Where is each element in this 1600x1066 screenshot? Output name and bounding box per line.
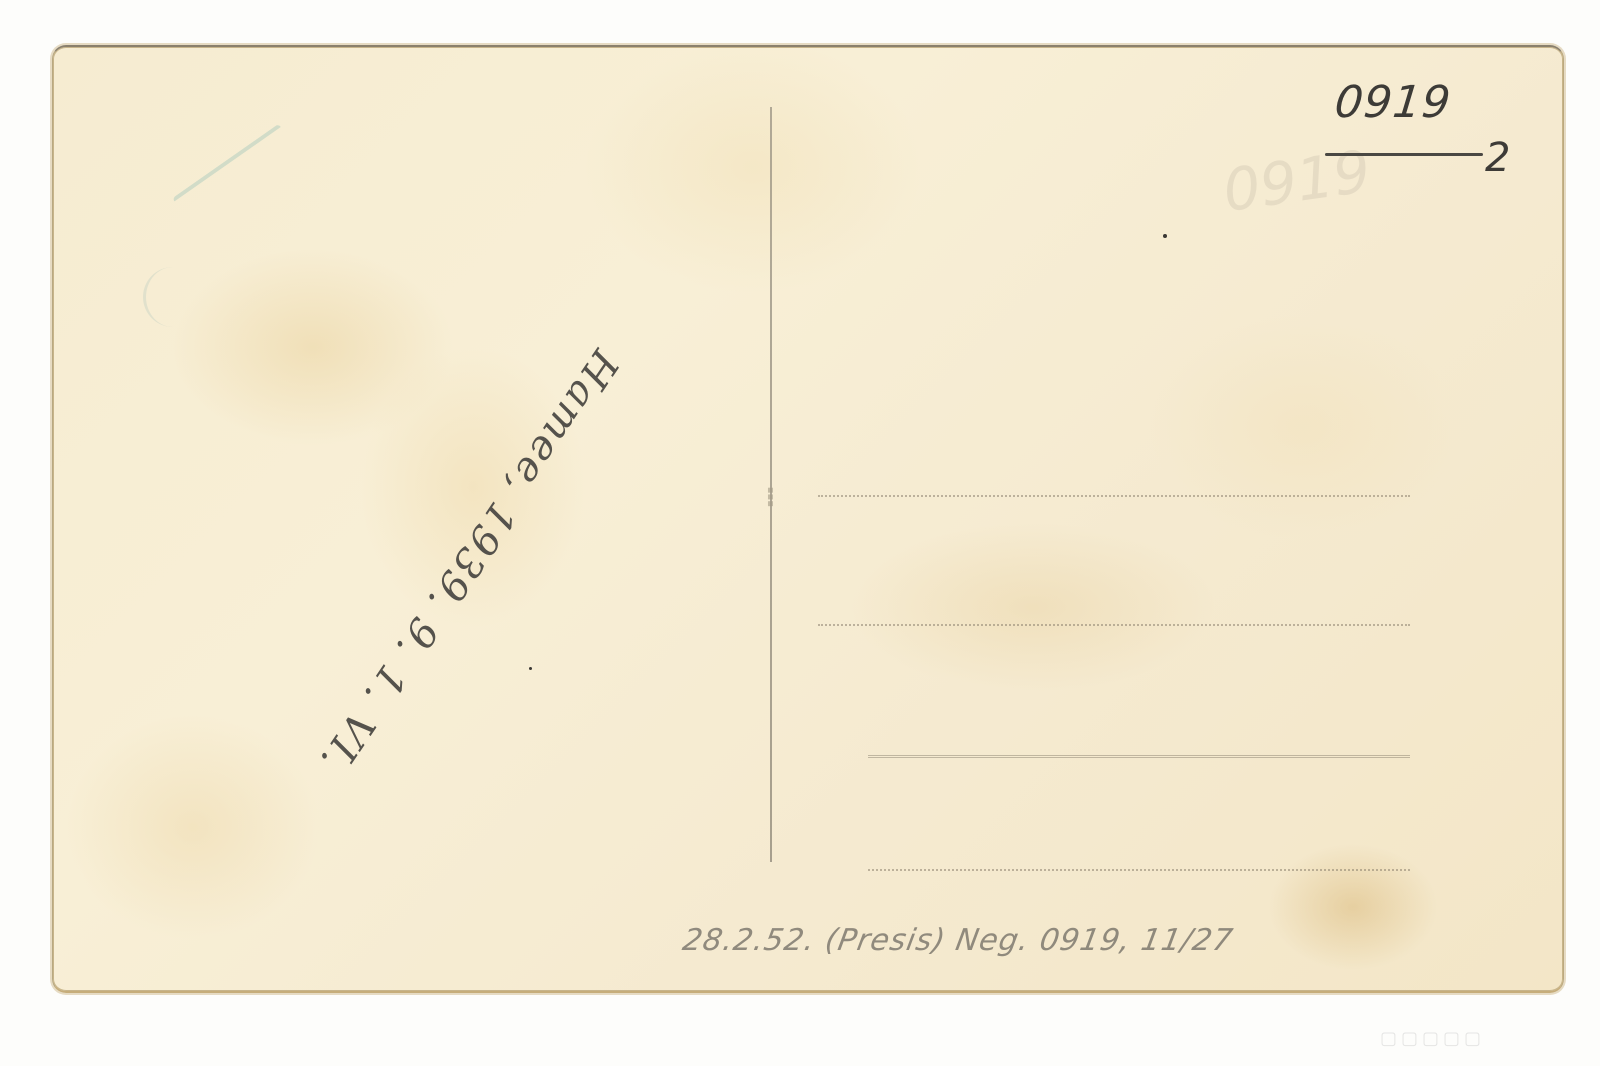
address-line-1 [818,495,1410,497]
postcard-back: 0919 0919 2 Hamee, 1939. 9. 1. VI. ▪▪▪ 2… [52,45,1564,993]
archive-number: 0919 [1332,77,1453,128]
archive-sub-number: 2 [1485,135,1510,181]
faded-stamp-mark-secondary [143,267,206,327]
divider-printer-mark: ▪▪▪ [741,484,801,510]
address-line-2 [818,624,1410,626]
ink-dot [1163,234,1167,238]
handwritten-pencil-note: Hamee, 1939. 9. 1. VI. [299,342,628,799]
ghost-archive-number: 0919 [1219,137,1375,225]
scan-canvas: 0919 0919 2 Hamee, 1939. 9. 1. VI. ▪▪▪ 2… [0,0,1600,1066]
archive-number-underline [1325,153,1483,156]
address-line-4 [868,869,1410,871]
ink-dot [529,667,532,670]
faded-stamp-mark [172,124,304,235]
watermark: ▢▢▢▢▢ [1380,1028,1485,1049]
address-line-3 [868,755,1410,758]
archive-pencil-note: 28.2.52. (Presis) Neg. 0919, 11/27 [680,923,1236,958]
